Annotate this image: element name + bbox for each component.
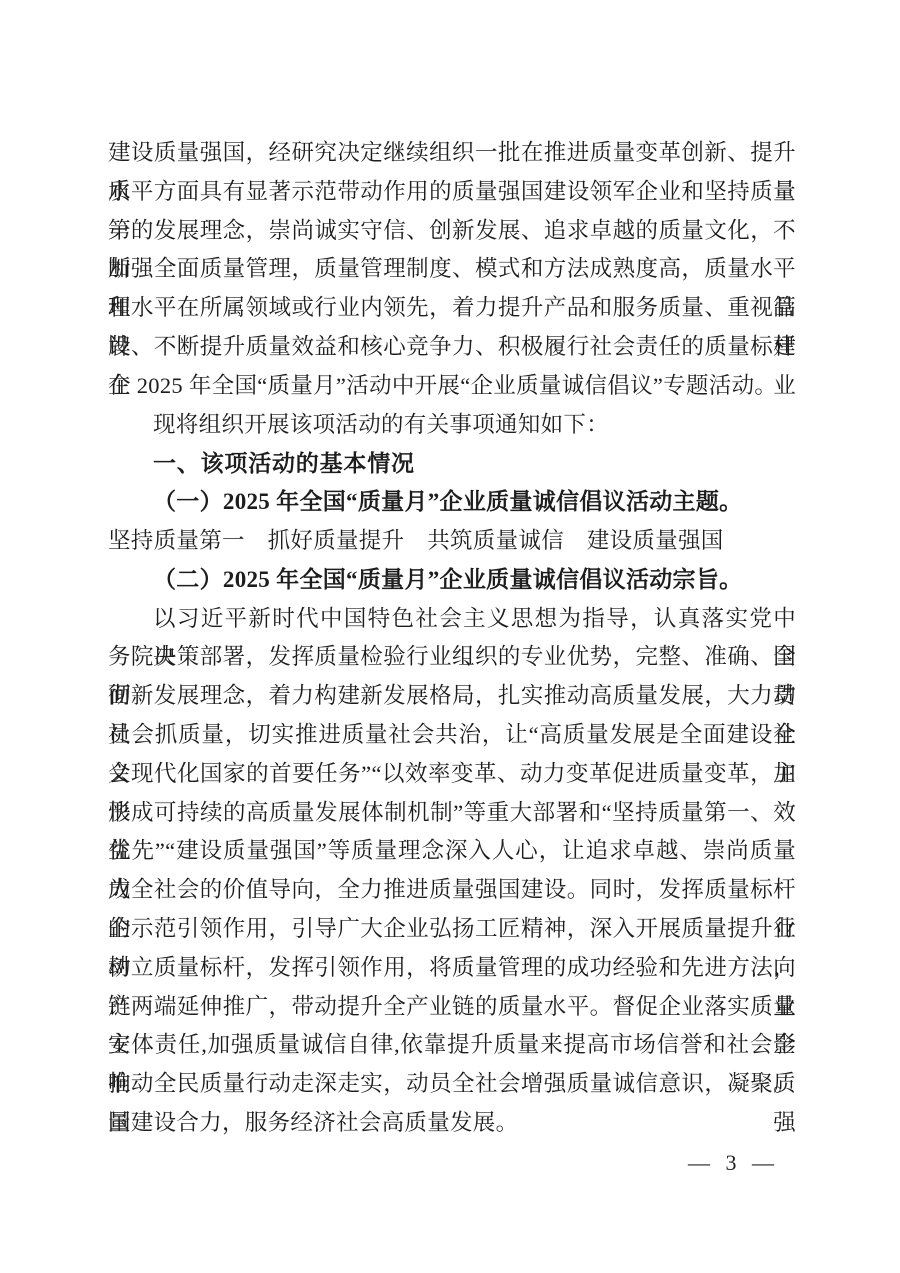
text-line: 务院决策部署，发挥质量检验行业组织的专业优势，完整、准确、全面贯	[108, 638, 796, 677]
text-line: 的示范引领作用，引导广大企业弘扬工匠精神，深入开展质量提升行动，	[108, 910, 796, 949]
text-line: 加强全面质量管理，质量管理制度、模式和方法成熟度高，质量水平和管	[108, 250, 796, 289]
text-line: 坚持质量第一 抓好质量提升 共筑质量诚信 建设质量强国	[108, 522, 796, 561]
text-line: 水平方面具有显著示范带动作用的质量强国建设领军企业和坚持质量第	[108, 173, 796, 212]
text-line: 主体责任,加强质量诚信自律,依靠提升质量来提高市场信誉和社会影响。	[108, 1026, 796, 1065]
text-line: 一的发展理念，崇尚诚实守信、创新发展、追求卓越的质量文化，不断	[108, 212, 796, 251]
document-page: 建设质量强国，经研究决定继续组织一批在推进质量变革创新、提升质量水平方面具有显著…	[0, 0, 900, 1273]
text-line: 树立质量标杆，发挥引领作用，将质量管理的成功经验和先进方法向产业	[108, 949, 796, 988]
text-line: 以习近平新时代中国特色社会主义思想为指导，认真落实党中央、国	[108, 600, 796, 639]
text-line: 现将组织开展该项活动的有关事项通知如下：	[108, 406, 796, 445]
text-line: 义现代化国家的首要任务”“以效率变革、动力变革促进质量变革，加快	[108, 755, 796, 794]
text-line: 彻新发展理念，着力构建新发展格局，扎实推动高质量发展，大力动员全	[108, 677, 796, 716]
document-text: 建设质量强国，经研究决定继续组织一批在推进质量变革创新、提升质量水平方面具有显著…	[108, 134, 796, 1143]
text-line: 一、该项活动的基本情况	[108, 444, 796, 483]
text-line: 理水平在所属领域或行业内领先，着力提升产品和服务质量、重视品牌建	[108, 289, 796, 328]
text-line: （二）2025 年全国“质量月”企业质量诚信倡议活动宗旨。	[108, 561, 796, 600]
text-line: 社会抓质量，切实推进质量社会共治，让“高质量发展是全面建设社会主	[108, 716, 796, 755]
text-line: 在 2025 年全国“质量月”活动中开展“企业质量诚信倡议”专题活动。	[108, 367, 796, 406]
text-line: 设、不断提升质量效益和核心竞争力、积极履行社会责任的质量标杆企业	[108, 328, 796, 367]
text-line: 推动全民质量行动走深走实，动员全社会增强质量诚信意识，凝聚质量强	[108, 1065, 796, 1104]
text-line: 优先”“建设质量强国”等质量理念深入人心，让追求卓越、崇尚质量成	[108, 832, 796, 871]
text-line: （一）2025 年全国“质量月”企业质量诚信倡议活动主题。	[108, 483, 796, 522]
text-line: 形成可持续的高质量发展体制机制”等重大部署和“坚持质量第一、效益	[108, 794, 796, 833]
page-number: — 3 —	[688, 1150, 779, 1176]
text-line: 为全社会的价值导向，全力推进质量强国建设。同时，发挥质量标杆企业	[108, 871, 796, 910]
text-line: 链两端延伸推广，带动提升全产业链的质量水平。督促企业落实质量安全	[108, 988, 796, 1027]
text-line: 建设质量强国，经研究决定继续组织一批在推进质量变革创新、提升质量	[108, 134, 796, 173]
